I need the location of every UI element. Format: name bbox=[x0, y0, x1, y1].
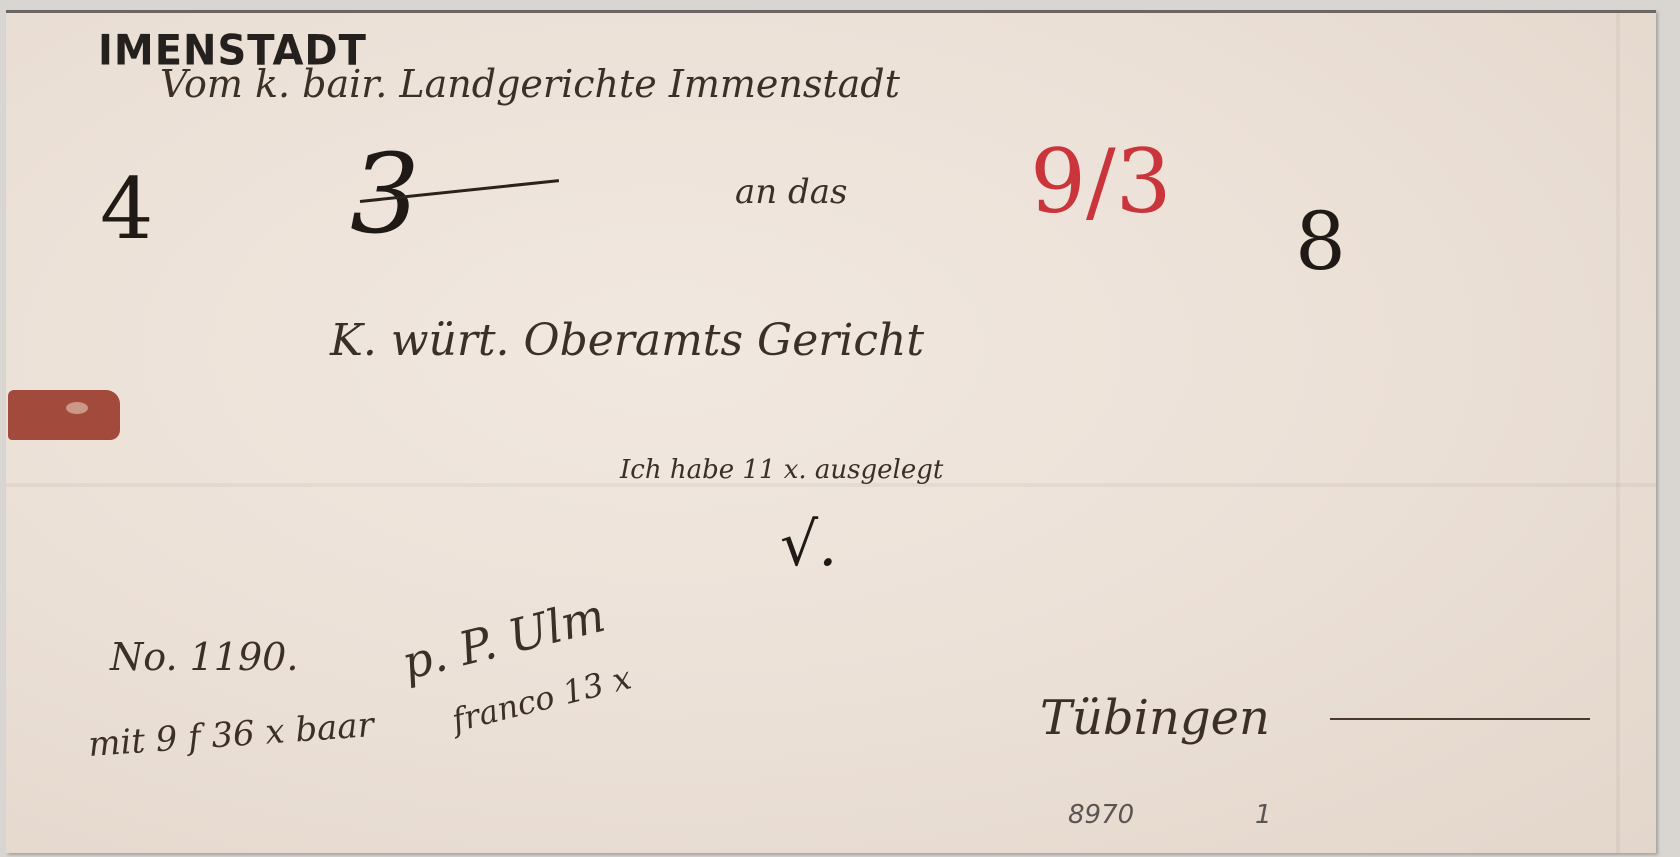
fold-line bbox=[1616, 13, 1620, 853]
left-rate-number: 4 bbox=[100, 160, 153, 258]
handwritten-note: Ich habe 11 x. ausgelegt bbox=[620, 455, 943, 485]
reference-number: No. 1190. bbox=[110, 635, 298, 679]
pencil-mark: 1 bbox=[1255, 800, 1272, 830]
wax-seal-remnant bbox=[8, 390, 120, 440]
right-rate-number: 8 bbox=[1295, 195, 1346, 288]
check-mark: √. bbox=[780, 510, 837, 580]
address-line-recipient: K. würt. Oberamts Gericht bbox=[330, 315, 924, 366]
flourish-line bbox=[1330, 718, 1590, 720]
pencil-catalog-number: 8970 bbox=[1068, 800, 1134, 830]
red-rate-marking: 9/3 bbox=[1030, 130, 1172, 233]
address-line-sender: Vom k. bair. Landgerichte Immenstadt bbox=[160, 62, 900, 106]
address-line-to: an das bbox=[735, 172, 847, 212]
destination-city: Tübingen bbox=[1040, 690, 1270, 746]
